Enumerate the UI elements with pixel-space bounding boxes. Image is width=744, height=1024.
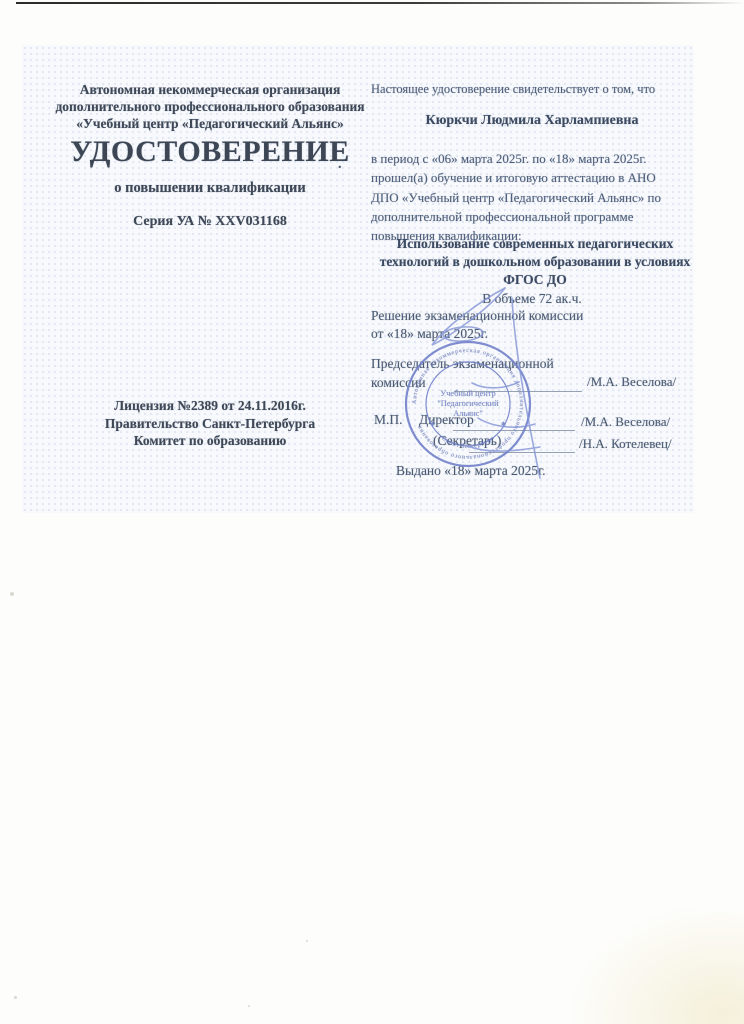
license-info: Лицензия №2389 от 24.11.2016г. Правитель… — [40, 397, 380, 450]
document-subtitle: о повышении квалификации — [40, 180, 380, 197]
scan-speck — [14, 996, 17, 999]
scanned-certificate-page: Автономная некоммерческая организация до… — [0, 0, 744, 1024]
scan-speck — [248, 1005, 250, 1007]
document-title: УДОСТОВЕРЕНИЕ — [40, 135, 380, 169]
scan-speck — [10, 592, 14, 596]
certificate-intro-text: Настоящее удостоверение свидетельствует … — [371, 82, 701, 97]
scan-speck — [306, 940, 308, 942]
signature-ink-strokes — [377, 275, 592, 537]
title-stray-mark: . — [338, 157, 342, 173]
certificate-photo: Автономная некоммерческая организация до… — [22, 45, 694, 513]
holder-name: Кюркчи Людмила Харлампиевна — [371, 113, 693, 129]
director-name: /М.А. Веселова/ — [581, 414, 670, 430]
scan-edge-artifact — [16, 2, 744, 4]
training-statement: в период с «06» марта 2025г. по «18» мар… — [371, 149, 711, 245]
secretary-name: /Н.А. Котелевец/ — [579, 436, 672, 452]
chairman-name: /М.А. Веселова/ — [587, 374, 676, 390]
issuer-organization-name: Автономная некоммерческая организация до… — [40, 81, 380, 132]
series-number: Серия УА № XXV031168 — [40, 214, 380, 230]
